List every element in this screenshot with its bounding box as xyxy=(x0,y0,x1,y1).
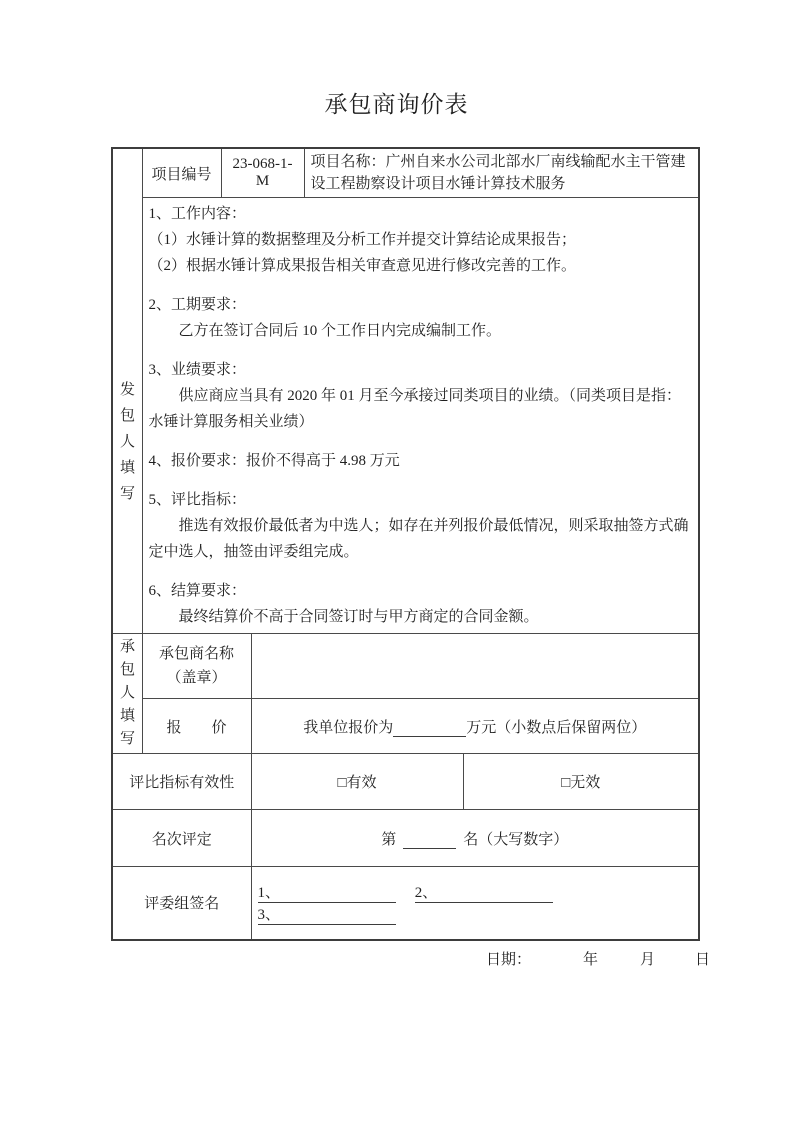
work-content-heading: 1、工作内容： xyxy=(149,201,693,227)
price-label: 报 价 xyxy=(142,699,251,754)
contractor-name-label-line1: 承包商名称 xyxy=(149,642,245,666)
valid-option-label: 有效 xyxy=(347,775,377,791)
date-year-label: 年 xyxy=(583,948,598,969)
signature-field-2[interactable]: 2、 xyxy=(415,881,554,903)
project-code-label: 项目编号 xyxy=(142,148,221,198)
date-day-label: 日 xyxy=(695,948,710,969)
signature-label: 评委组签名 xyxy=(112,867,251,940)
rank-suffix: 名（大写数字） xyxy=(463,832,568,848)
price-requirement-heading: 4、报价要求：报价不得高于 4.98 万元 xyxy=(149,448,693,474)
valid-checkbox-icon[interactable]: □ xyxy=(337,775,346,791)
invalid-checkbox-icon[interactable]: □ xyxy=(561,775,570,791)
requirements-cell: 1、工作内容： （1）水锤计算的数据整理及分析工作并提交计算结论成果报告； （2… xyxy=(142,198,699,634)
contractor-name-label-cell: 承包商名称 （盖章） xyxy=(142,634,251,699)
valid-option-cell: □有效 xyxy=(251,754,463,810)
price-blank-field[interactable] xyxy=(393,721,466,737)
settlement-line: 最终结算价不高于合同签订时与甲方商定的合同金额。 xyxy=(149,604,693,630)
price-prefix: 我单位报价为 xyxy=(303,720,393,736)
criteria-heading: 5、评比指标： xyxy=(149,487,693,513)
signature-field-3[interactable]: 3、 xyxy=(258,903,397,925)
schedule-heading: 2、工期要求： xyxy=(149,292,693,318)
contractor-name-label-line2: （盖章） xyxy=(149,666,245,690)
performance-heading: 3、业绩要求： xyxy=(149,357,693,383)
price-cell: 我单位报价为万元（小数点后保留两位） xyxy=(251,699,699,754)
date-month-label: 月 xyxy=(640,948,655,969)
work-content-line-2: （2）根据水锤计算成果报告相关审查意见进行修改完善的工作。 xyxy=(149,253,693,279)
signer-2-number: 2、 xyxy=(415,885,438,901)
signature-field-1[interactable]: 1、 xyxy=(258,881,397,903)
rank-blank-field[interactable] xyxy=(403,833,456,849)
project-code-value: 23-068-1-M xyxy=(221,148,304,198)
project-name: 项目名称：广州自来水公司北部水厂南线输配水主干管建设工程勘察设计项目水锤计算技术… xyxy=(304,148,699,198)
document-page: 承包商询价表 发包人填写 项目编号 23-068-1-M 项目名称：广州自来水公… xyxy=(0,0,793,1122)
contractor-name-input-cell[interactable] xyxy=(251,634,699,699)
performance-line: 供应商应当具有 2020 年 01 月至今承接过同类项目的业绩。（同类项目是指：… xyxy=(149,383,693,435)
employer-side-label: 发包人填写 xyxy=(119,276,136,507)
invalid-option-label: 无效 xyxy=(570,775,600,791)
contractor-side-label: 承包人填写 xyxy=(119,636,136,751)
signer-1-number: 1、 xyxy=(258,885,281,901)
signer-3-number: 3、 xyxy=(258,907,281,923)
rank-label: 名次评定 xyxy=(112,810,251,867)
validity-label: 评比指标有效性 xyxy=(112,754,251,810)
criteria-line: 推选有效报价最低者为中选人；如存在并列报价最低情况，则采取抽签方式确定中选人，抽… xyxy=(149,513,693,565)
date-label: 日期： xyxy=(486,948,531,969)
work-content-line-1: （1）水锤计算的数据整理及分析工作并提交计算结论成果报告； xyxy=(149,227,693,253)
signature-cell: 1、 2、 3、 xyxy=(251,867,699,940)
contractor-side-label-cell: 承包人填写 xyxy=(112,634,142,754)
rank-prefix: 第 xyxy=(381,832,396,848)
settlement-heading: 6、结算要求： xyxy=(149,578,693,604)
page-title: 承包商询价表 xyxy=(0,86,793,119)
date-line: 日期： 年 月 日 xyxy=(0,948,710,969)
inquiry-form-table: 发包人填写 项目编号 23-068-1-M 项目名称：广州自来水公司北部水厂南线… xyxy=(111,147,700,941)
invalid-option-cell: □无效 xyxy=(463,754,699,810)
employer-side-label-cell: 发包人填写 xyxy=(112,148,142,634)
schedule-line: 乙方在签订合同后 10 个工作日内完成编制工作。 xyxy=(149,318,693,344)
rank-cell: 第名（大写数字） xyxy=(251,810,699,867)
price-suffix: 万元（小数点后保留两位） xyxy=(466,720,646,736)
